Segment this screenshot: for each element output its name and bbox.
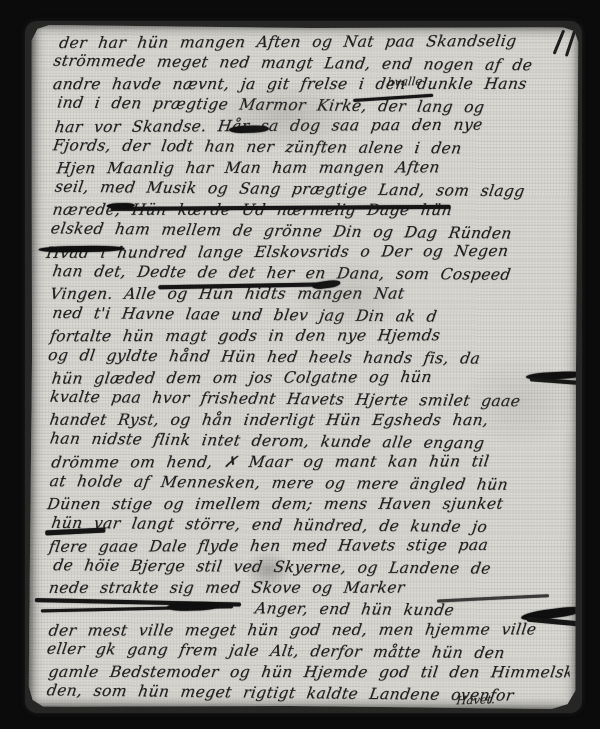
handwriting-line: seil, med Musik og Sang prægtige Land, s… — [53, 177, 526, 202]
handwriting-line: hün glæded dem om jos Colgatne og hün — [50, 367, 433, 390]
handwriting-line: eller gk gang frem jale Alt, derfor mått… — [45, 639, 506, 664]
handwriting-line: at holde af Mennesken, mere og mere ängl… — [48, 471, 509, 496]
handwriting-line: der mest ville meget hün god ned, men hj… — [47, 619, 538, 641]
handwriting-line: og dl gyldte hånd Hün hed heels hands fi… — [47, 345, 482, 369]
handwriting-line: nede strakte sig med Skove og Marker — [47, 578, 406, 599]
handwriting-line: strömmede meget ned mangt Land, end noge… — [52, 51, 534, 77]
handwriting-line: Anger, end hün kunde — [253, 598, 455, 621]
scan-background: der har hün mangen Aften og Nat paa Skan… — [0, 0, 600, 729]
interlinear-insertion-hvalle: hvalle — [386, 74, 423, 89]
paper: der har hün mangen Aften og Nat paa Skan… — [29, 25, 579, 709]
handwriting-line: den, som hün meget rigtigt kaldte Landen… — [45, 680, 515, 706]
handwriting-line: Hjen Maanlig har Man ham mangen Aften — [55, 157, 441, 179]
ink-smudge-line26 — [244, 551, 292, 589]
handwriting-line: han det, Dedte de det her en Dana, som C… — [51, 261, 512, 286]
handwriting-line: gamle Bedstemoder og hün Hjemde god til … — [47, 662, 572, 683]
paper-stain-mid — [290, 256, 410, 337]
paper-stain-top — [211, 81, 361, 152]
handwriting-line: drömme om hend, ✗ Maar og mant kan hün t… — [50, 451, 491, 473]
handwriting-line: handet Ryst, og hån inderligt Hün Egshed… — [48, 410, 490, 431]
handwriting-line: hün var langt större, end hündred, de ku… — [50, 513, 489, 538]
paper-stain-right — [460, 357, 580, 448]
handwriting-line: kvalte paa hvor frishednt Havets Hjerte … — [48, 387, 521, 413]
handwriting-line: han nidste flink intet derom, kunde alle… — [48, 428, 486, 454]
interlinear-insertion-havet: Havet. — [456, 692, 496, 707]
handwriting-line: Dünen stige og imellem dem; mens Haven s… — [46, 494, 505, 515]
handwriting-line: Hvad i hundred lange Elskovsrids o Der o… — [45, 241, 510, 264]
